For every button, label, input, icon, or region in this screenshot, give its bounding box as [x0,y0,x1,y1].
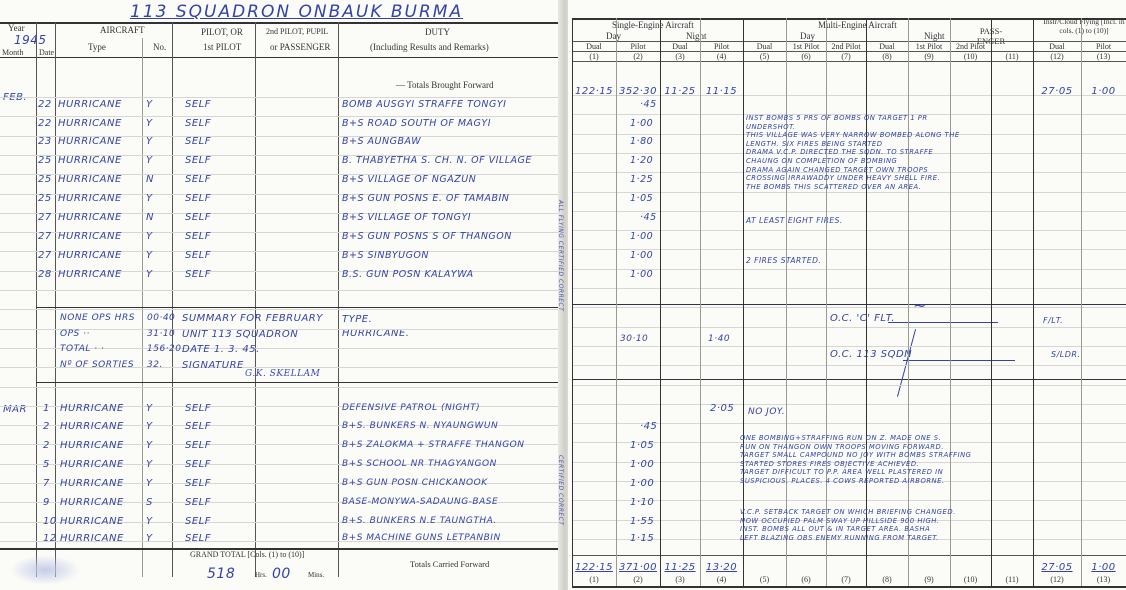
col-subheading: Dual [572,42,616,51]
entry-date: 10 [43,516,57,527]
col-number-footer: (10) [950,575,991,584]
brought-forward-col13: 1·00 [1081,86,1126,97]
entry-aircraft-no: Y [146,421,153,432]
col-rule [950,18,951,586]
entry-aircraft-no: N [146,174,154,185]
entry-date: 7 [43,478,50,489]
header-bottom-rule [0,57,558,58]
entry-pilot: SELF [185,193,211,204]
col-number: (7) [826,52,866,61]
col-number-footer: (13) [1081,575,1126,584]
ruled-line [572,500,1126,501]
entry-aircraft-type: HURRICANE [58,118,122,129]
col-number-footer: (2) [616,575,660,584]
entry-pilot: SELF [185,174,211,185]
entry-pilot: SELF [185,516,211,527]
entry-aircraft-type: HURRICANE [58,250,122,261]
mar-note: NO JOY. [748,407,785,417]
col-number: (9) [908,52,950,61]
entry-day-pilot-time: 1·25 [630,174,653,185]
mar-remark-line: TARGET SMALL CAMPOUND NO JOY WITH BOMBS … [740,451,971,460]
entry-aircraft-type: HURRICANE [60,421,124,432]
entry-aircraft-no: Y [146,403,153,414]
oc-sqdn-label: O.C. 113 SQDN [830,349,912,360]
entry-day-pilot-time: ·45 [640,421,657,432]
pilot-label-2: 1st PILOT [203,42,241,52]
remark-fires-1: AT LEAST EIGHT FIRES. [746,216,843,225]
entry-duty: B.S. GUN POSN KALAYWA [342,269,474,280]
brought-forward-col2: 352·30 [616,86,660,97]
col-number-footer: (12) [1033,575,1081,584]
ink-smudge [10,555,80,585]
entry-day-pilot-time: 1·00 [630,250,653,261]
header-rule [572,61,1126,62]
entry-aircraft-no: Y [146,231,153,242]
col-number-footer: (9) [908,575,950,584]
ruled-line [0,309,558,310]
summary-night-pilot-total: 1·40 [708,334,730,344]
oc-sqdn-signature-stroke [897,329,916,397]
oc-c-flt-signature: ~ [913,296,927,315]
ruled-line [0,97,558,98]
entry-pilot: SELF [185,440,211,451]
entry-pilot: SELF [185,212,211,223]
ruled-line [572,307,1126,308]
mar-remark-line: INST. BOMBS ALL OUT & IN TARGET AREA. BA… [740,525,930,534]
entry-date: 27 [38,231,52,242]
entry-day-pilot-time: ·45 [640,212,657,223]
entry-aircraft-no: Y [146,136,153,147]
summary-signature: G.K. Skellam [245,369,320,379]
summary-day-pilot-total: 30·10 [620,334,648,344]
margin-stamp-1: ALL FLYING CERTIFIED CORRECT [557,200,564,311]
feb-remark-line: INST BOMBS 5 PRS OF BOMBS ON TARGET 1 PR [746,114,928,123]
col-number-footer: (7) [826,575,866,584]
col-rule [700,18,701,586]
year-label: Year [8,23,25,33]
grand-total-mins: 00 [272,566,291,582]
oc-sqdn-rank: S/LDR. [1051,350,1081,359]
col-rule [866,18,867,586]
summary-value: 00·40 [147,313,175,323]
carried-forward-col4: 13·20 [700,562,743,573]
entry-duty: B+S SINBYUGON [342,250,429,261]
second-pilot-label-1: 2nd PILOT, PUPIL [266,27,328,36]
entry-duty: B+S GUN POSNS E. OF TAMABIN [342,193,509,204]
entry-aircraft-type: HURRICANE [58,136,122,147]
entry-date: 1 [43,403,50,414]
summary-label: TOTAL · · [60,344,104,354]
entry-day-pilot-time: 1·00 [630,269,653,280]
entry-duty: B+S GUN POSNS S OF THANGON [342,231,512,242]
ruled-line [0,290,558,291]
month-label: Month [2,48,23,57]
aircraft-label: AIRCRAFT [100,25,145,35]
summary-top-rule [572,304,1126,305]
instr-cloud-label: Instr/Cloud Flying [Incl. in cols. (1) t… [1043,18,1125,35]
totals-carried-forward: Totals Carried Forward [410,559,489,569]
brought-forward-col1: 122·15 [572,86,616,97]
margin-stamp-2: CERTIFIED CORRECT [557,455,564,526]
entry-aircraft-no: Y [146,516,153,527]
carried-forward-col3: 11·25 [660,562,700,573]
col-rule [36,22,37,577]
entry-pilot: SELF [185,497,211,508]
col-number: (12) [1033,52,1081,61]
ruled-line [572,365,1126,366]
col-rule [55,22,56,577]
ruled-line [572,327,1126,328]
feb-remark-line: CROSSING IRRAWADDY UNDER HEAVY SHELL FIR… [746,174,940,183]
entry-duty: BASE-MONYWA-SADAUNG-BASE [342,497,498,507]
col-number-footer: (5) [743,575,786,584]
entry-aircraft-no: Y [146,99,153,110]
col-rule [172,22,173,577]
entry-day-pilot-time: 1·15 [630,533,654,544]
col-rule [1081,18,1082,586]
entry-pilot: SELF [185,533,211,544]
col-rule [743,18,744,586]
entry-aircraft-type: HURRICANE [60,478,124,489]
entry-duty: B+S. BUNKERS N. NYAUNGWUN [342,421,498,431]
carried-forward-col2: 371·00 [616,562,660,573]
col-number-footer: (6) [786,575,826,584]
ruled-line [0,387,558,388]
brought-forward-col4: 11·15 [700,86,743,97]
carried-forward-col13: 1·00 [1081,562,1126,573]
entry-aircraft-no: Y [146,440,153,451]
entry-date: 22 [38,99,52,110]
feb-remark-line: THIS VILLAGE WAS VERY NARROW BOMBED ALON… [746,131,960,140]
entry-day-pilot-time: 1·00 [630,118,653,129]
entry-aircraft-type: HURRICANE [60,403,124,414]
entry-aircraft-no: Y [146,533,153,544]
summary-field: SIGNATURE [182,360,244,371]
entry-day-pilot-time: 1·10 [630,497,654,508]
feb-remark-line: LENGTH. SIX FIRES BEING STARTED [746,140,882,149]
entry-date: 25 [38,155,52,166]
second-pilot-label-2: or PASSENGER [270,42,330,52]
ruled-line [572,346,1126,347]
col-subheading: Pilot [700,42,743,51]
summary-field: UNIT 113 SQUADRON [182,329,298,340]
col-rule [660,18,661,586]
col-subheading: 2nd Pilot [826,42,866,51]
feb-remark-line: THE BOMBS THIS SCATTERED OVER AN AREA. [746,183,921,192]
entry-duty: BOMB AUSGYI STRAFFE TONGYI [342,99,506,110]
summary-label: Nº OF SORTIES [60,360,134,370]
entry-duty: B. THABYETHA S. CH. N. OF VILLAGE [342,155,532,166]
pilot-label-1: PILOT, OR [201,27,243,37]
entry-aircraft-type: HURRICANE [58,212,122,223]
col-number: (6) [786,52,826,61]
entry-pilot: SELF [185,478,211,489]
multi-engine-label: Multi-Engine Aircraft [818,20,897,30]
col-rule [1033,18,1034,586]
col-rule [991,18,992,586]
entry-date: 28 [38,269,52,280]
entry-aircraft-type: HURRICANE [60,440,124,451]
summary-label: OPS ·· [60,329,90,339]
entry-duty: DEFENSIVE PATROL (NIGHT) [342,403,480,413]
col-number-footer: (8) [866,575,908,584]
ruled-line [572,230,1126,231]
col-subheading: Dual [743,42,786,51]
entry-day-pilot-time: 1·00 [630,459,654,470]
mar-remark-line: V.C.P. SETBACK TARGET ON WHICH BRIEFING … [740,508,956,517]
entry-date: 27 [38,250,52,261]
mar-remark-line: RUN ON THANGON OWN TROOPS MOVING FORWARD… [740,443,944,452]
footer-rule [572,555,1126,556]
entry-pilot: SELF [185,421,211,432]
se-day-label: Day [606,31,621,41]
entry-aircraft-type: HURRICANE [58,231,122,242]
feb-remark-line: UNDERSHOT. [746,123,796,132]
summary-field: DATE 1. 3. 45. [182,344,260,355]
mins-label: Mins. [308,571,324,579]
col-rule [572,18,573,586]
entry-pilot: SELF [185,99,211,110]
entry-day-pilot-time: ·45 [640,99,657,110]
entry-day-pilot-time: 1·05 [630,440,654,451]
mar-remark-line: LEFT BLAZING OBS ENEMY RUNNING FROM TARG… [740,534,939,543]
col-subheading: Pilot [616,42,660,51]
totals-brought-forward: — Totals Brought Forward [396,80,493,90]
col-rule [616,18,617,586]
summary-type-label: TYPE. [342,314,372,325]
carried-forward-col1: 122·15 [572,562,616,573]
entry-date: 25 [38,174,52,185]
entry-date: 2 [43,440,50,451]
col-number: (4) [700,52,743,61]
ruled-line [572,269,1126,270]
feb-remark-line: DRAMA V.C.P. DIRECTED THE SQDN. TO STRAF… [746,148,933,157]
entry-date: 5 [43,459,50,470]
col-number: (10) [950,52,991,61]
mar-remark-line: ONE BOMBING+STRAFFING RUN ON Z. MADE ONE… [740,434,941,443]
me-day-label: Day [800,31,815,41]
entry-day-pilot-time: 1·00 [630,231,653,242]
entry-day-pilot-time: 1·80 [630,136,653,147]
entry-date: 27 [38,212,52,223]
entry-day-pilot-time: 1·20 [630,155,653,166]
col-subheading: Dual [660,42,700,51]
col-rule [786,18,787,586]
hrs-label: Hrs. [255,571,267,579]
summary-field: SUMMARY FOR FEBRUARY [182,313,323,324]
mar-remark-line: TARGET DIFFICULT TO P.P. AREA WELL PLAST… [740,468,943,477]
oc-c-flt-label: O.C. 'C' FLT. [830,313,895,324]
mar-remark-line: STARTED STORES FIRES OBJECTIVE ACHIEVED. [740,460,919,469]
entry-duty: B+S GUN POSN CHICKANOOK [342,478,488,488]
entry-duty: B+S MACHINE GUNS LETPANBIN [342,533,501,543]
entry-aircraft-type: HURRICANE [60,533,124,544]
entry-date: 25 [38,193,52,204]
year-value: 1945 [14,33,47,47]
single-engine-label: Single-Engine Aircraft [612,20,694,30]
entry-date: 23 [38,136,52,147]
ruled-line [0,116,558,117]
feb-remark-line: CHAUNG ON COMPLETION OF BOMBING [746,157,897,166]
entry-pilot: SELF [185,155,211,166]
entry-pilot: SELF [185,136,211,147]
summary-bottom-rule [572,379,1126,380]
duty-label-2: (Including Results and Remarks) [370,42,489,52]
entry-aircraft-type: HURRICANE [58,269,122,280]
entry-aircraft-no: Y [146,459,153,470]
entry-pilot: SELF [185,231,211,242]
entry-pilot: SELF [185,269,211,280]
logbook-left-page: 113 SQUADRON ONBAUK BURMA Year 1945 Mont… [0,0,560,590]
col-subheading: Dual [866,42,908,51]
summary-value: 32. [147,360,163,370]
col-number-footer: (4) [700,575,743,584]
entry-aircraft-type: HURRICANE [60,516,124,527]
entry-pilot: SELF [185,250,211,261]
col-subheading: 1st Pilot [786,42,826,51]
no-label: No. [153,42,166,52]
col-subheading: 1st Pilot [908,42,950,51]
col-rule [255,22,256,577]
se-night-label: Night [686,31,707,41]
col-number-footer: (3) [660,575,700,584]
entry-aircraft-type: HURRICANE [58,155,122,166]
entry-duty: B+S. BUNKERS N.E TAUNGTHA. [342,516,497,526]
grand-total-label: GRAND TOTAL [Cols. (1) to (10)] [190,550,304,559]
entry-duty: B+S VILLAGE OF NGAZUN [342,174,476,185]
entry-date: 22 [38,118,52,129]
ruled-line [572,404,1126,405]
brought-forward-col12: 27·05 [1033,86,1081,97]
duty-label-1: DUTY [425,27,450,37]
page-title: 113 SQUADRON ONBAUK BURMA [130,2,463,22]
entry-duty: B+S ROAD SOUTH OF MAGYI [342,118,491,129]
entry-aircraft-type: HURRICANE [58,174,122,185]
entry-aircraft-no: Y [146,193,153,204]
entry-aircraft-type: HURRICANE [58,99,122,110]
entry-pilot: SELF [185,459,211,470]
entry-aircraft-no: Y [146,478,153,489]
summary-label: NONE OPS HRS [60,313,135,323]
mar-remark-line: SUSPICIOUS. PLACES. 4 COWS REPORTED AIRB… [740,477,945,486]
col-rule [338,22,339,577]
col-rule [908,18,909,586]
brought-forward-col3: 11·25 [660,86,700,97]
mar-remark-line: NOW OCCUPIED PALM SWAY UP HILLSIDE 900 H… [740,517,940,526]
entry-day-pilot-time: 1·00 [630,478,654,489]
oc-c-flt-signature-line [888,322,998,323]
col-number: (1) [572,52,616,61]
entry-aircraft-no: Y [146,269,153,280]
entry-duty: B+S ZALOKMA + STRAFFE THANGON [342,440,525,450]
col-number: (2) [616,52,660,61]
col-number-footer: (1) [572,575,616,584]
entry-date: 9 [43,497,50,508]
col-subheading: Pilot [1081,42,1126,51]
me-night-label: Night [924,31,945,41]
entry-day-pilot-time: 1·55 [630,516,654,527]
logbook-right-page: Single-Engine Aircraft Multi-Engine Airc… [568,0,1126,590]
col-number: (11) [991,52,1033,61]
ruled-line [572,249,1126,250]
col-number: (13) [1081,52,1126,61]
entry-duty: B+S SCHOOL NR THAGYANGON [342,459,497,469]
entry-pilot: SELF [185,118,211,129]
entry-aircraft-type: HURRICANE [60,497,124,508]
entry-aircraft-no: Y [146,155,153,166]
entry-aircraft-no: N [146,212,154,223]
entry-date: 12 [43,533,57,544]
entry-aircraft-no: S [146,497,153,508]
feb-remark-line: DRAMA AGAIN CHANGED TARGET OWN TROOPS [746,166,928,175]
date-label: Date [39,48,54,57]
col-number-footer: (11) [991,575,1033,584]
summary-top-rule [36,307,558,308]
col-subheading: 2nd Pilot [950,42,991,51]
oc-sqdn-signature-line [903,360,1015,361]
header-top-rule [0,22,558,24]
ruled-line [572,192,1126,193]
col-subheading: Dual [1033,42,1081,51]
entry-aircraft-type: HURRICANE [60,459,124,470]
entry-pilot: SELF [185,403,211,414]
entry-aircraft-no: Y [146,250,153,261]
remark-fires-2: 2 FIRES STARTED. [746,256,821,265]
type-label: Type [88,42,106,52]
col-number: (3) [660,52,700,61]
entry-aircraft-no: Y [146,118,153,129]
summary-bottom-rule [36,382,558,383]
entry-aircraft-type: HURRICANE [58,193,122,204]
entry-duty: B+S AUNGBAW [342,136,421,147]
footer-bottom-rule [572,586,1126,588]
ruled-line [572,385,1126,386]
carried-forward-col12: 27·05 [1033,562,1081,573]
entry-night-pilot-time: 2·05 [710,403,734,414]
ruled-line [572,288,1126,289]
summary-value: 156·20 [147,344,182,354]
col-number: (5) [743,52,786,61]
col-number: (8) [866,52,908,61]
entry-duty: B+S VILLAGE OF TONGYI [342,212,471,223]
entry-date: 2 [43,421,50,432]
oc-c-flt-rank: F/LT. [1043,316,1063,325]
grand-total-hrs: 518 [207,566,235,582]
summary-value: 31·10 [147,329,175,339]
entry-day-pilot-time: 1·05 [630,193,653,204]
col-rule [826,18,827,586]
